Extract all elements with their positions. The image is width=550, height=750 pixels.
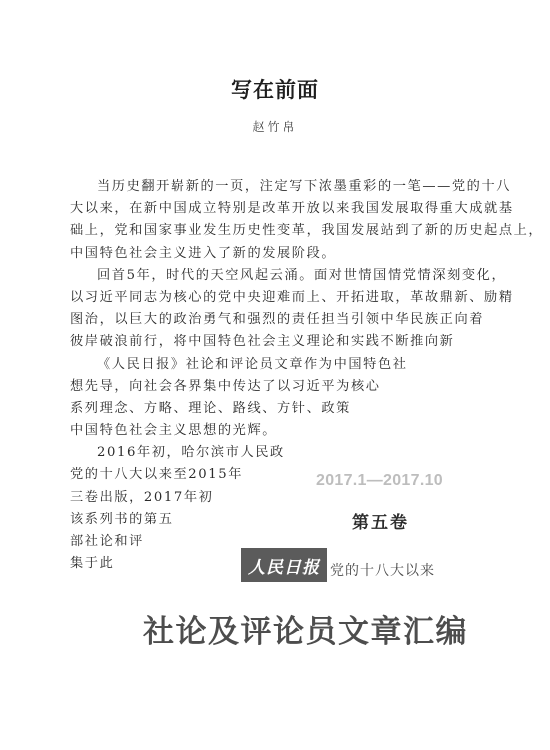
text-line: 大以来，在新中国成立特别是改革开放以来我国发展取得重大成就基 [70, 198, 480, 220]
text-line: 该系列书的第五 [70, 509, 480, 531]
author-name: 赵竹帛 [0, 118, 550, 135]
text-line: 回首5年，时代的天空风起云涌。面对世情国情党情深刻变化， [70, 265, 480, 287]
text-line: 系列理念、方略、理论、路线、方针、政策 [70, 398, 480, 420]
peoples-daily-logo: 人民日报 [241, 548, 327, 582]
page-title: 写在前面 [0, 74, 550, 104]
brand-row: 人民日报 党的十八大以来 [241, 548, 435, 582]
text-line: 当历史翻开崭新的一页，注定写下浓墨重彩的一笔——党的十八 [70, 176, 480, 198]
text-line: 《人民日报》社论和评论员文章作为中国特色社 [70, 354, 480, 376]
text-line: 以习近平同志为核心的党中央迎难而上、开拓进取，革故鼎新、励精 [70, 287, 480, 309]
text-line: 2016年初，哈尔滨市人民政 [70, 442, 480, 464]
brand-subtitle: 党的十八大以来 [330, 560, 435, 580]
text-line: 中国特色社会主义思想的光辉。 [70, 420, 480, 442]
preface-body: 当历史翻开崭新的一页，注定写下浓墨重彩的一笔——党的十八 大以来，在新中国成立特… [70, 176, 480, 598]
text-line: 想先导，向社会各界集中传达了以习近平为核心 [70, 376, 480, 398]
volume-label: 第五卷 [352, 508, 409, 533]
text-line: 础上，党和国家事业发生历史性变革，我国发展站到了新的历史起点上， [70, 220, 480, 242]
date-range: 2017.1—2017.10 [316, 472, 443, 490]
text-line: 中国特色社会主义进入了新的发展阶段。 [70, 243, 480, 265]
series-title: 社论及评论员文章汇编 [143, 606, 468, 651]
text-line: 图治，以巨大的政治勇气和强烈的责任担当引领中华民族正向着 [70, 309, 480, 331]
text-line: 彼岸破浪前行，将中国特色社会主义理论和实践不断推向新 [70, 331, 480, 353]
